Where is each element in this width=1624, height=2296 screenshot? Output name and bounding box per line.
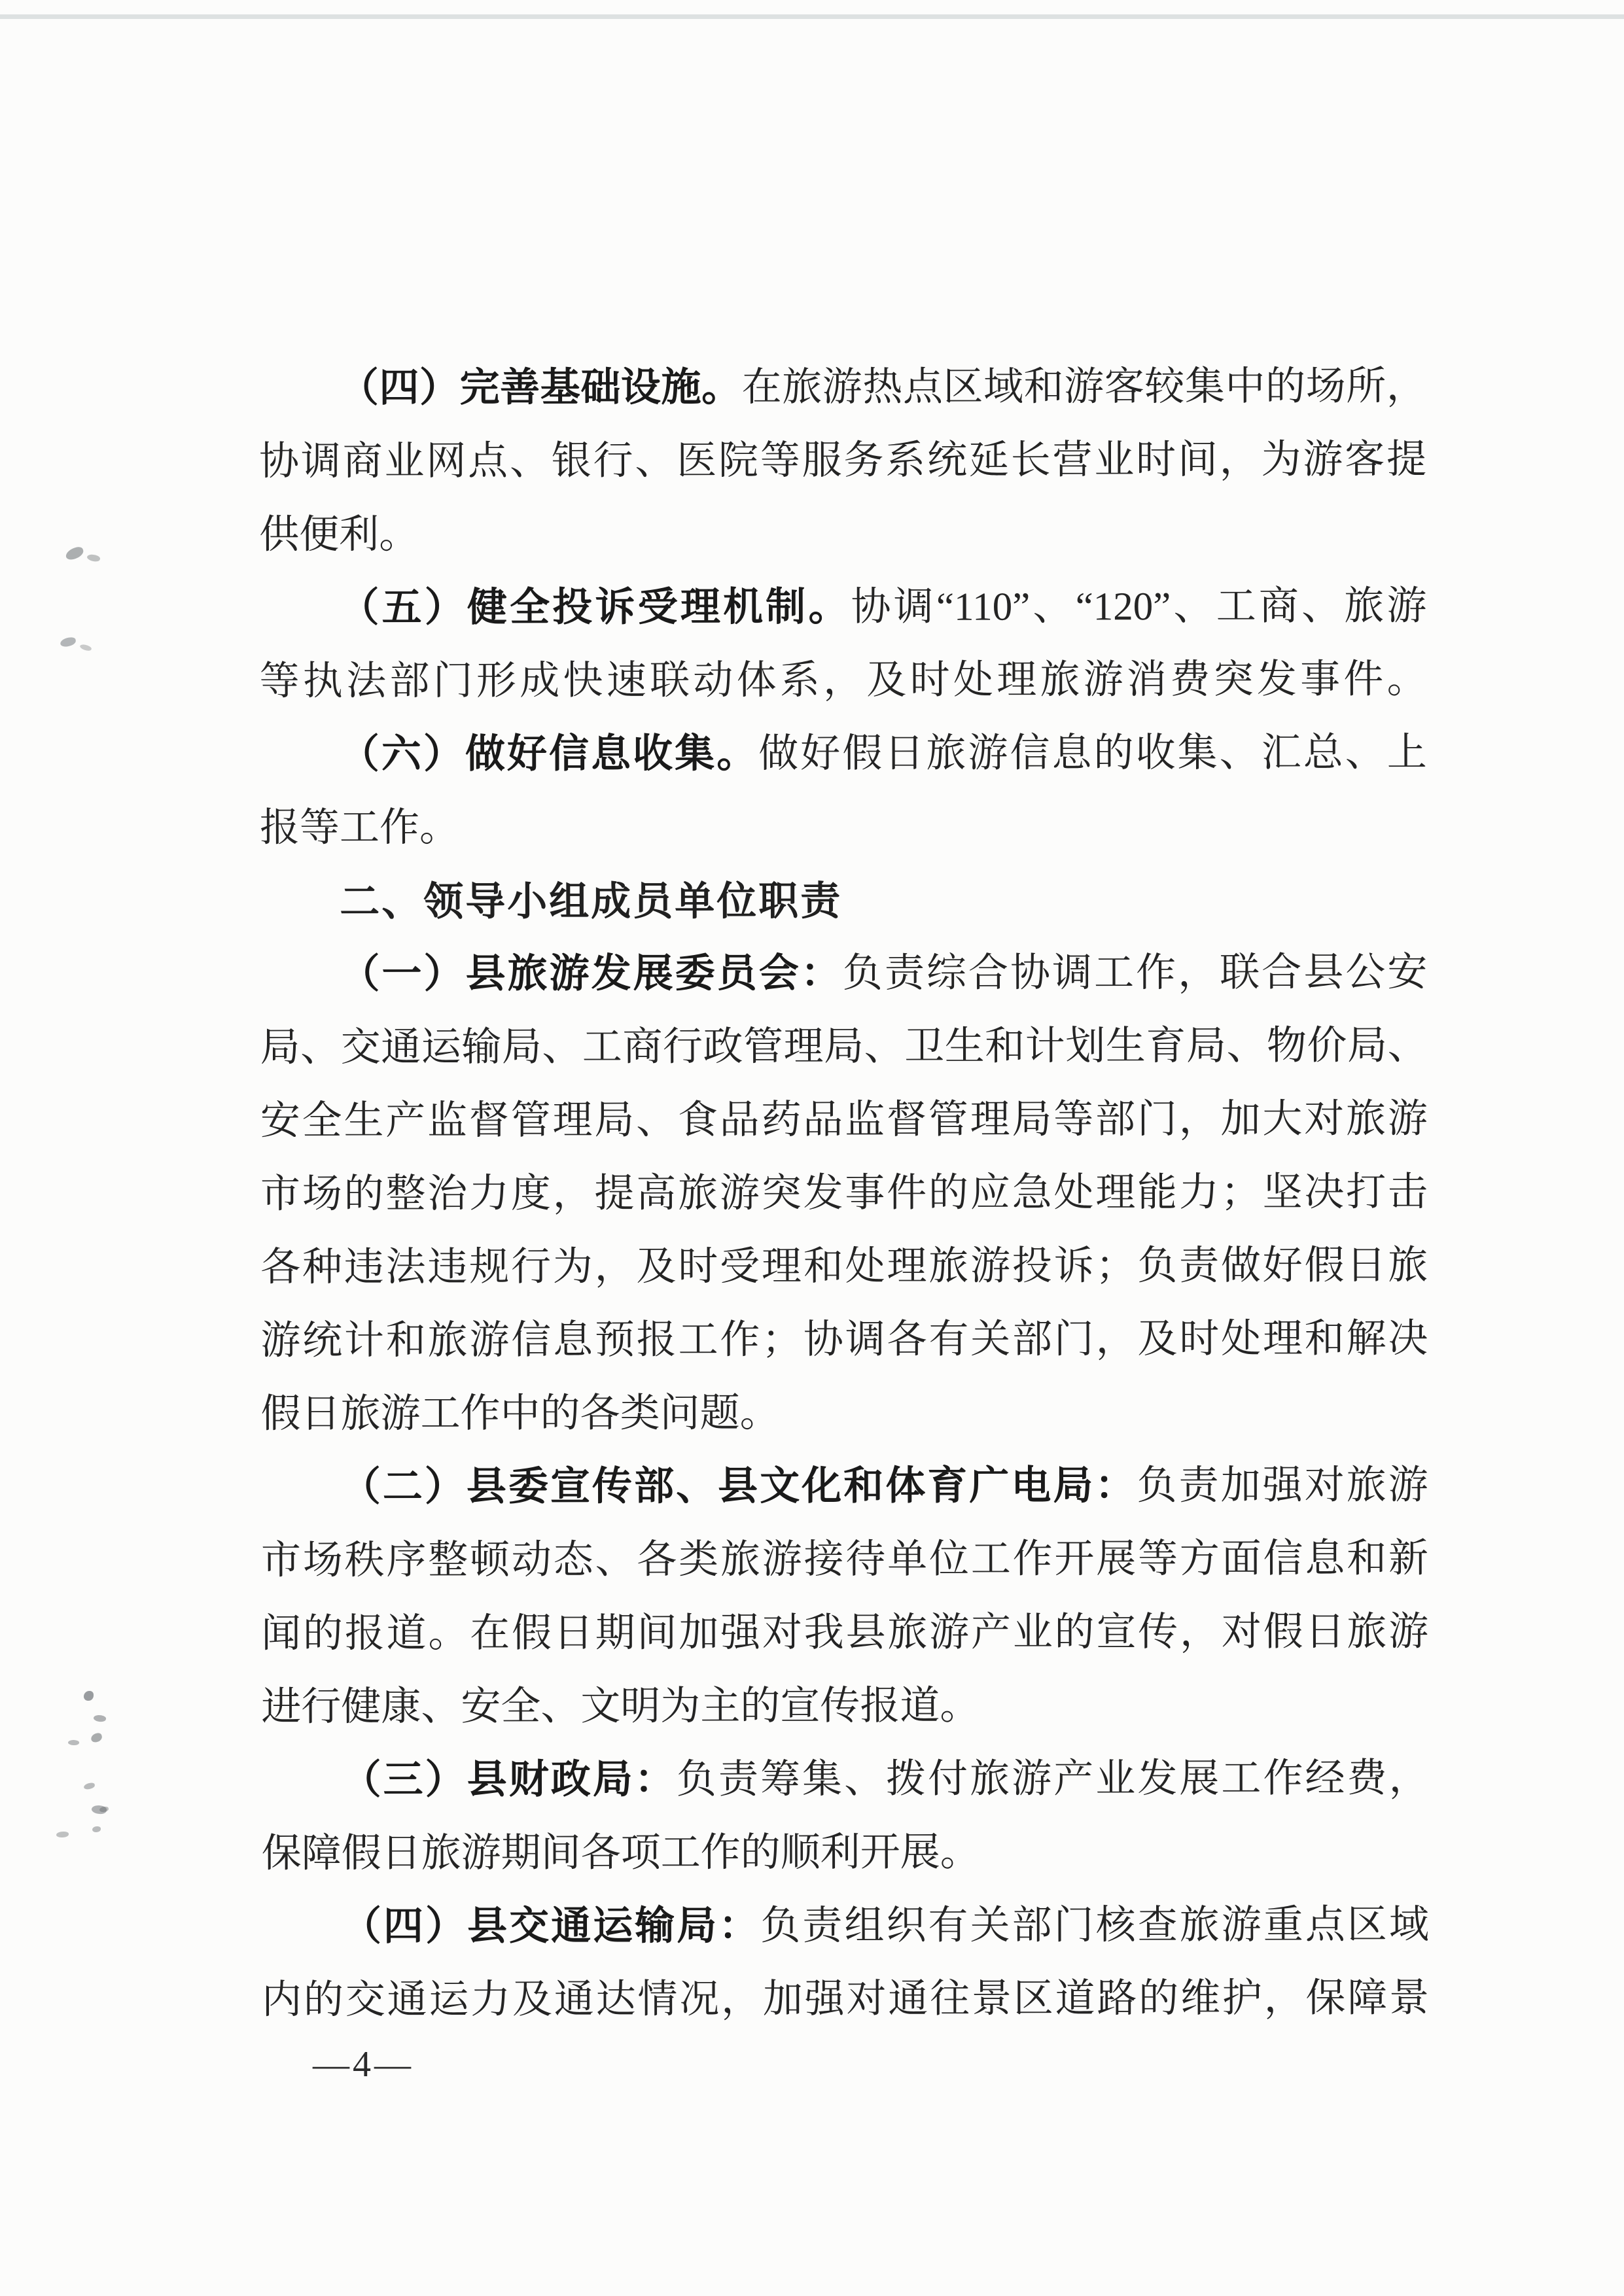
paragraph-text: 市场秩序整顿动态、各类旅游接待单位工作开展等方面信息和新 bbox=[261, 1537, 1428, 1582]
page-number: —4— bbox=[313, 2045, 414, 2084]
text-line: 供便利。 bbox=[259, 496, 1426, 572]
paragraph-lead: 二、领导小组成员单位职责 bbox=[340, 878, 842, 924]
paragraph-text: 市场的整治力度，提高旅游突发事件的应急处理能力；坚决打击 bbox=[260, 1170, 1428, 1216]
paragraph-text: 做好假日旅游信息的收集、汇总、上 bbox=[758, 731, 1427, 776]
paragraph-text: 负责筹集、拨付旅游产业发展工作经费， bbox=[677, 1756, 1429, 1801]
ink-smudge bbox=[90, 1732, 103, 1743]
ink-smudge bbox=[92, 1826, 101, 1832]
text-line: （五）健全投诉受理机制。协调“110”、“120”、工商、旅游 bbox=[259, 570, 1426, 645]
ink-smudge bbox=[60, 636, 77, 648]
text-line: （四）县交通运输局：负责组织有关部门核查旅游重点区域 bbox=[262, 1888, 1429, 1964]
text-line: 市场秩序整顿动态、各类旅游接待单位工作开展等方面信息和新 bbox=[261, 1522, 1428, 1597]
paragraph-text: 闻的报道。在假日期间加强对我县旅游产业的宣传，对假日旅游 bbox=[261, 1610, 1428, 1656]
paragraph-lead: （四）完善基础设施。 bbox=[339, 366, 742, 410]
text-line: （一）县旅游发展委员会：负责综合协调工作，联合县公安 bbox=[260, 936, 1427, 1011]
paragraph-lead: （三）县财政局： bbox=[342, 1758, 677, 1802]
text-line: 内的交通运力及通达情况，加强对通往景区道路的维护，保障景 bbox=[262, 1962, 1429, 2037]
paragraph-lead: （五）健全投诉受理机制。 bbox=[339, 585, 851, 630]
paragraph-text: 协调“110”、“120”、工商、旅游 bbox=[851, 584, 1427, 629]
paragraph-text: 协调商业网点、银行、医院等服务系统延长营业时间，为游客提 bbox=[259, 438, 1426, 483]
paragraph-text: 等执法部门形成快速联动体系，及时处理旅游消费突发事件。 bbox=[260, 657, 1427, 703]
text-line: 进行健康、安全、文明为主的宣传报道。 bbox=[261, 1669, 1428, 1744]
text-line: （六）做好信息收集。做好假日旅游信息的收集、汇总、上 bbox=[260, 716, 1427, 791]
ink-smudge bbox=[84, 1691, 94, 1701]
section-heading: 二、领导小组成员单位职责 bbox=[260, 863, 1427, 938]
paragraph-text: 负责加强对旅游 bbox=[1137, 1463, 1428, 1508]
text-line: 各种违法违规行为，及时受理和处理旅游投诉；负责做好假日旅 bbox=[260, 1229, 1428, 1304]
document-body: （四）完善基础设施。在旅游热点区域和游客较集中的场所，协调商业网点、银行、医院等… bbox=[259, 350, 1429, 2037]
text-line: （四）完善基础设施。在旅游热点区域和游客较集中的场所， bbox=[259, 350, 1426, 425]
text-line: 闻的报道。在假日期间加强对我县旅游产业的宣传，对假日旅游 bbox=[261, 1595, 1428, 1671]
text-line: 保障假日旅游期间各项工作的顺利开展。 bbox=[262, 1815, 1429, 1890]
paragraph-text: 各种违法违规行为，及时受理和处理旅游投诉；负责做好假日旅 bbox=[260, 1244, 1428, 1289]
paragraph-lead: （六）做好信息收集。 bbox=[340, 732, 759, 776]
paragraph-text: 报等工作。 bbox=[260, 806, 459, 850]
ink-smudge bbox=[64, 546, 85, 562]
ink-smudge bbox=[86, 553, 101, 563]
paragraph-lead: （一）县旅游发展委员会： bbox=[340, 952, 843, 996]
text-line: 假日旅游工作中的各类问题。 bbox=[260, 1376, 1428, 1451]
text-line: 报等工作。 bbox=[260, 790, 1427, 865]
ink-smudge bbox=[83, 1783, 95, 1790]
document-page: （四）完善基础设施。在旅游热点区域和游客较集中的场所，协调商业网点、银行、医院等… bbox=[0, 0, 1624, 2296]
text-line: 安全生产监督管理局、食品药品监督管理局等部门，加大对旅游 bbox=[260, 1083, 1428, 1158]
paragraph-lead: （四）县交通运输局： bbox=[342, 1904, 761, 1949]
ink-smudge bbox=[68, 1739, 80, 1745]
paragraph-text: 负责综合协调工作，联合县公安 bbox=[843, 950, 1428, 996]
paragraph-text: 内的交通运力及通达情况，加强对通往景区道路的维护，保障景 bbox=[262, 1976, 1429, 2022]
text-line: 等执法部门形成快速联动体系，及时处理旅游消费突发事件。 bbox=[260, 643, 1427, 718]
paragraph-text: 在旅游热点区域和游客较集中的场所， bbox=[742, 364, 1426, 409]
ink-smudge bbox=[79, 643, 92, 652]
text-line: 协调商业网点、银行、医院等服务系统延长营业时间，为游客提 bbox=[259, 423, 1426, 498]
text-line: 游统计和旅游信息预报工作；协调各有关部门，及时处理和解决 bbox=[260, 1302, 1428, 1378]
text-line: 局、交通运输局、工商行政管理局、卫生和计划生育局、物价局、 bbox=[260, 1009, 1428, 1085]
ink-smudge bbox=[56, 1832, 69, 1837]
paragraph-text: 负责组织有关部门核查旅游重点区域 bbox=[760, 1903, 1429, 1948]
ink-smudge bbox=[99, 1806, 109, 1812]
paragraph-text: 安全生产监督管理局、食品药品监督管理局等部门，加大对旅游 bbox=[260, 1097, 1428, 1143]
text-line: （三）县财政局：负责筹集、拨付旅游产业发展工作经费， bbox=[261, 1742, 1428, 1817]
paragraph-text: 游统计和旅游信息预报工作；协调各有关部门，及时处理和解决 bbox=[260, 1317, 1428, 1363]
paragraph-text: 进行健康、安全、文明为主的宣传报道。 bbox=[261, 1684, 980, 1730]
text-line: 市场的整治力度，提高旅游突发事件的应急处理能力；坚决打击 bbox=[260, 1156, 1428, 1231]
paragraph-lead: （二）县委宣传部、县文化和体育广电局： bbox=[341, 1464, 1137, 1509]
paragraph-text: 假日旅游工作中的各类问题。 bbox=[261, 1391, 780, 1436]
paragraph-text: 局、交通运输局、工商行政管理局、卫生和计划生育局、物价局、 bbox=[260, 1024, 1428, 1070]
ink-smudge bbox=[93, 1714, 106, 1722]
paragraph-text: 保障假日旅游期间各项工作的顺利开展。 bbox=[262, 1831, 980, 1876]
paragraph-text: 供便利。 bbox=[259, 513, 419, 557]
text-line: （二）县委宣传部、县文化和体育广电局：负责加强对旅游 bbox=[261, 1449, 1428, 1524]
scan-edge-artifact bbox=[0, 14, 1624, 19]
